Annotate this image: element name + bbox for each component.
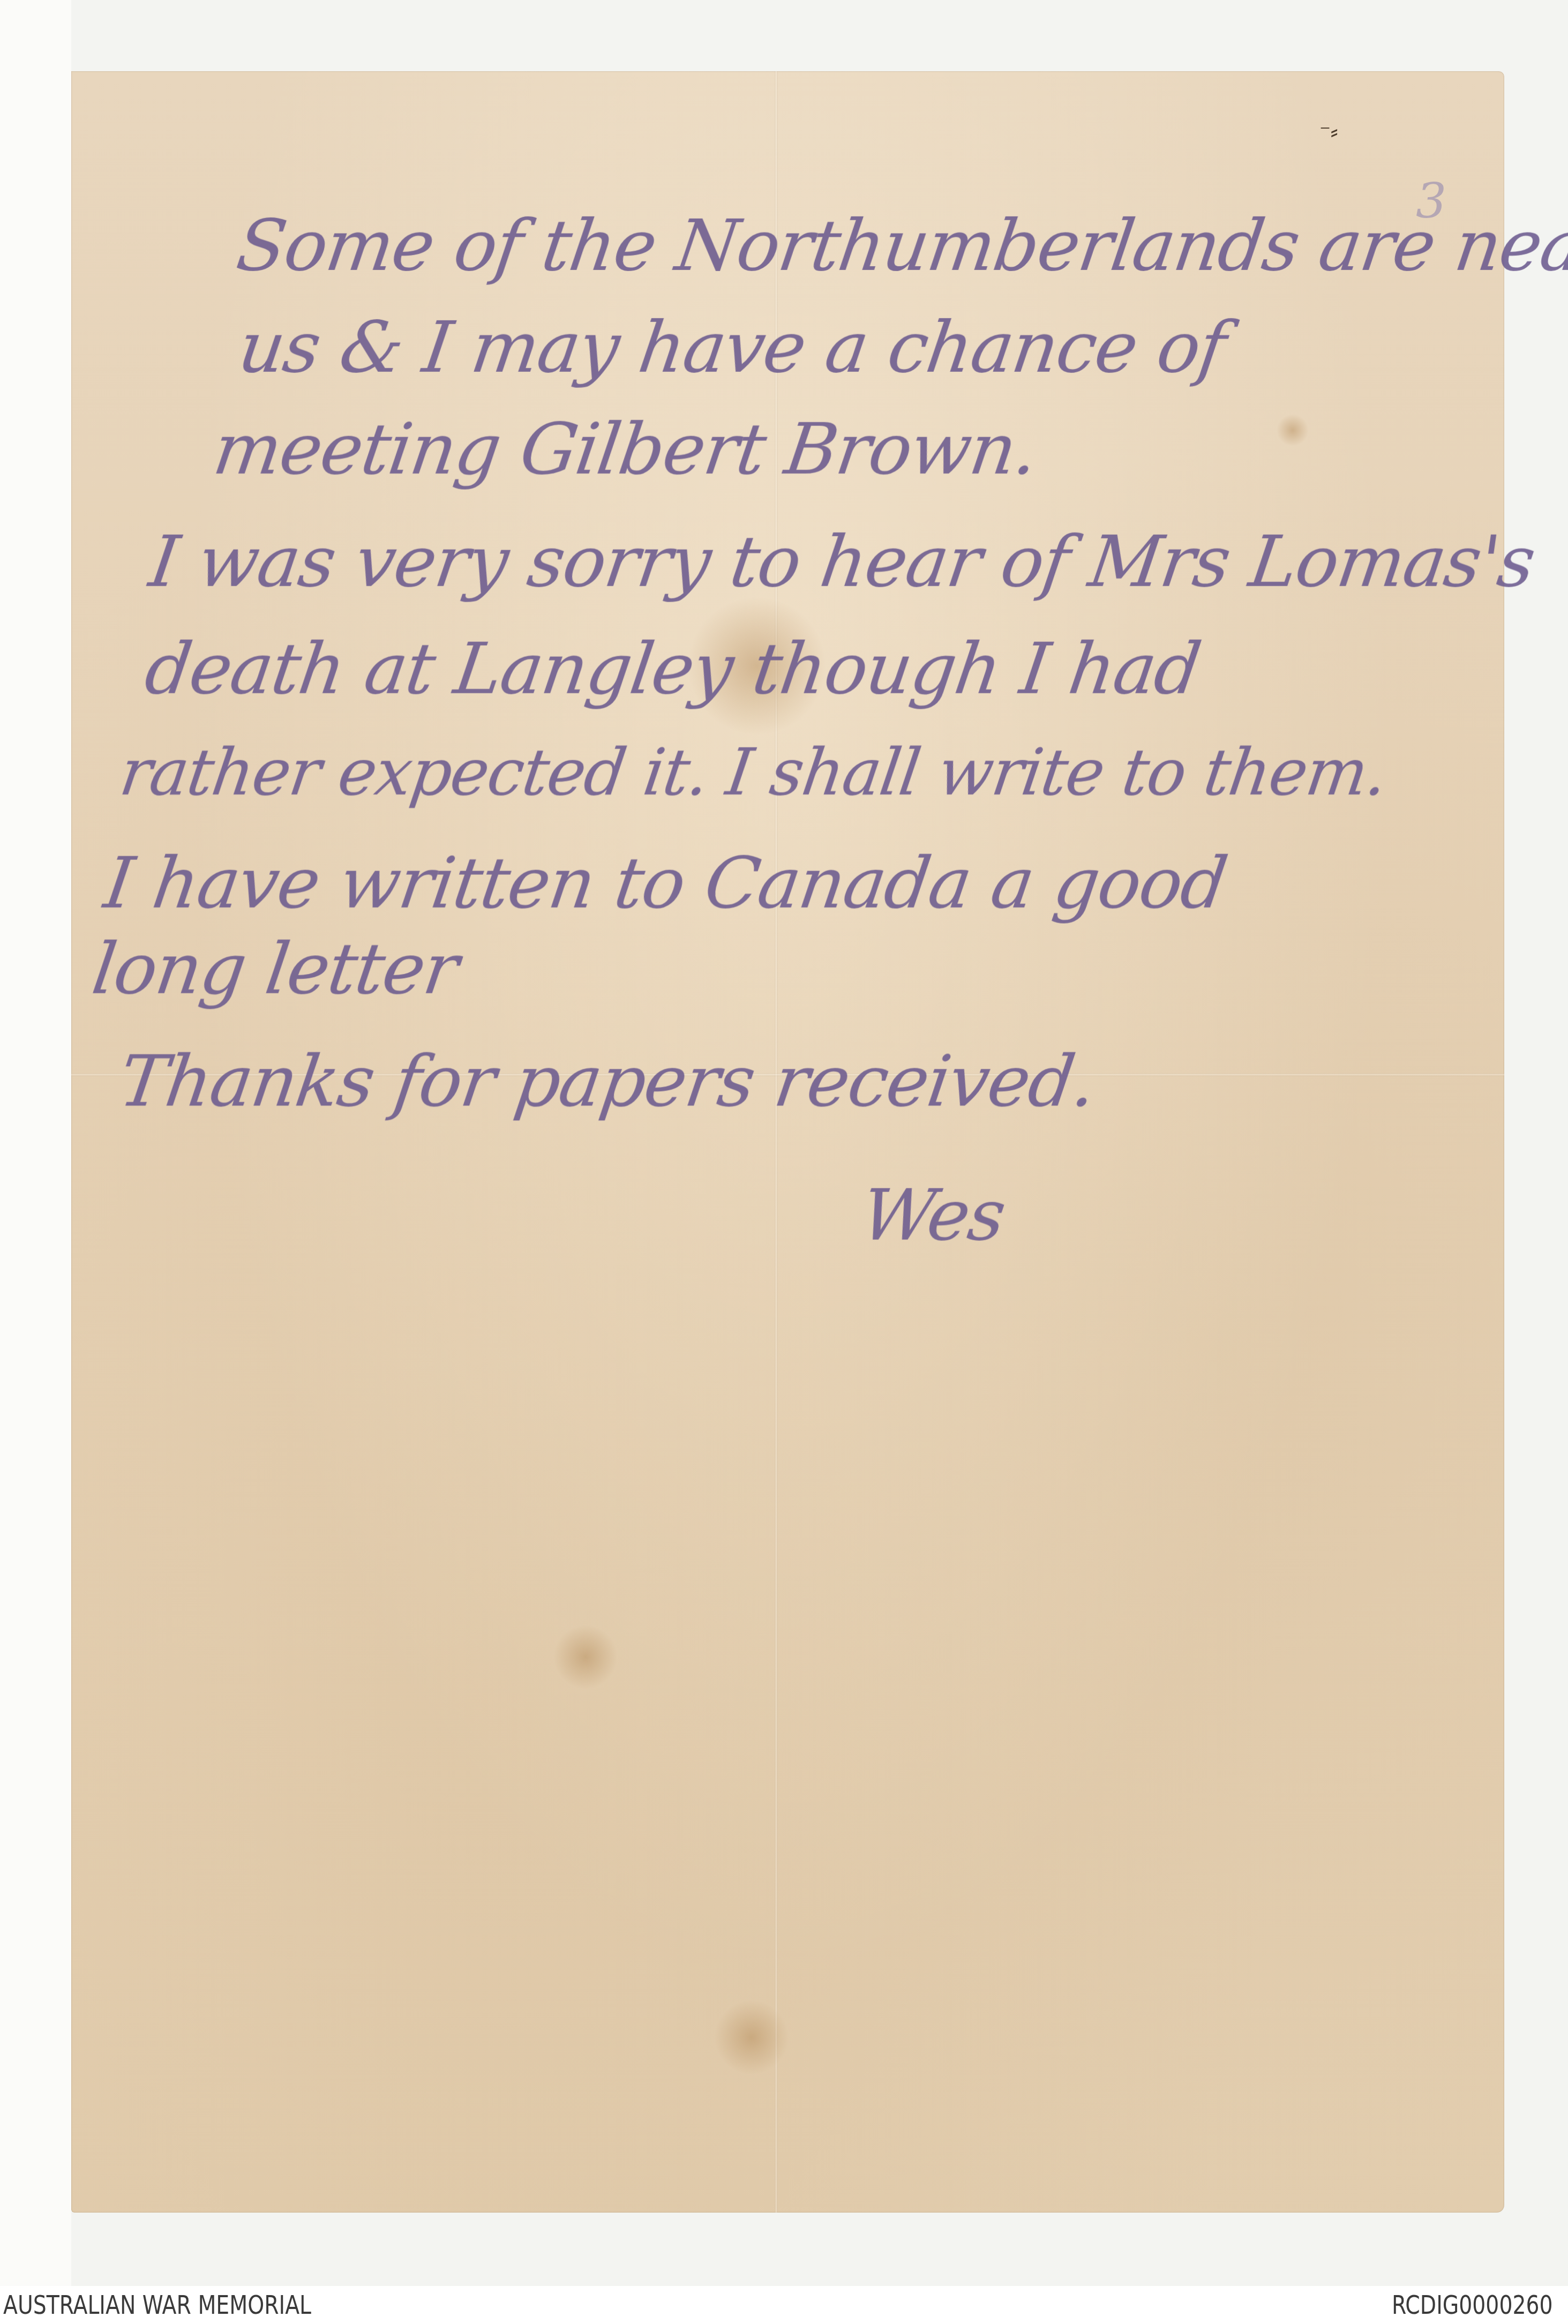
foxing-stain <box>553 1625 618 1689</box>
signature: Wes <box>857 1180 1009 1251</box>
letter-line-2: us & I may have a chance of <box>235 312 1229 383</box>
letter-line-5: death at Langley though I had <box>141 634 1204 704</box>
letter-line-9: Thanks for papers received. <box>115 1046 1100 1117</box>
institution-label: AUSTRALIAN WAR MEMORIAL <box>3 2290 311 2320</box>
letter-line-3: meeting Gilbert Brown. <box>209 414 1041 485</box>
letter-line-6: rather expected it. I shall write to the… <box>116 741 1390 805</box>
scan-backdrop-margin <box>0 0 71 2286</box>
letter-line-7: I have written to Canada a good <box>100 848 1231 919</box>
letter-line-8: long letter <box>88 934 462 1004</box>
foxing-stain <box>1277 414 1309 446</box>
letter-page: ⁻⸗ 3 Some of the Northumberlands are nea… <box>71 71 1504 2213</box>
torn-edge-mark: ⁻⸗ <box>1319 119 1338 144</box>
letter-line-1: Some of the Northumberlands are near <box>232 211 1568 281</box>
vertical-fold-line <box>775 71 778 2213</box>
record-identifier: RCDIG0000260 <box>1392 2290 1553 2320</box>
foxing-stain <box>714 2000 789 2075</box>
letter-line-4: I was very sorry to hear of Mrs Lomas's <box>146 527 1539 597</box>
